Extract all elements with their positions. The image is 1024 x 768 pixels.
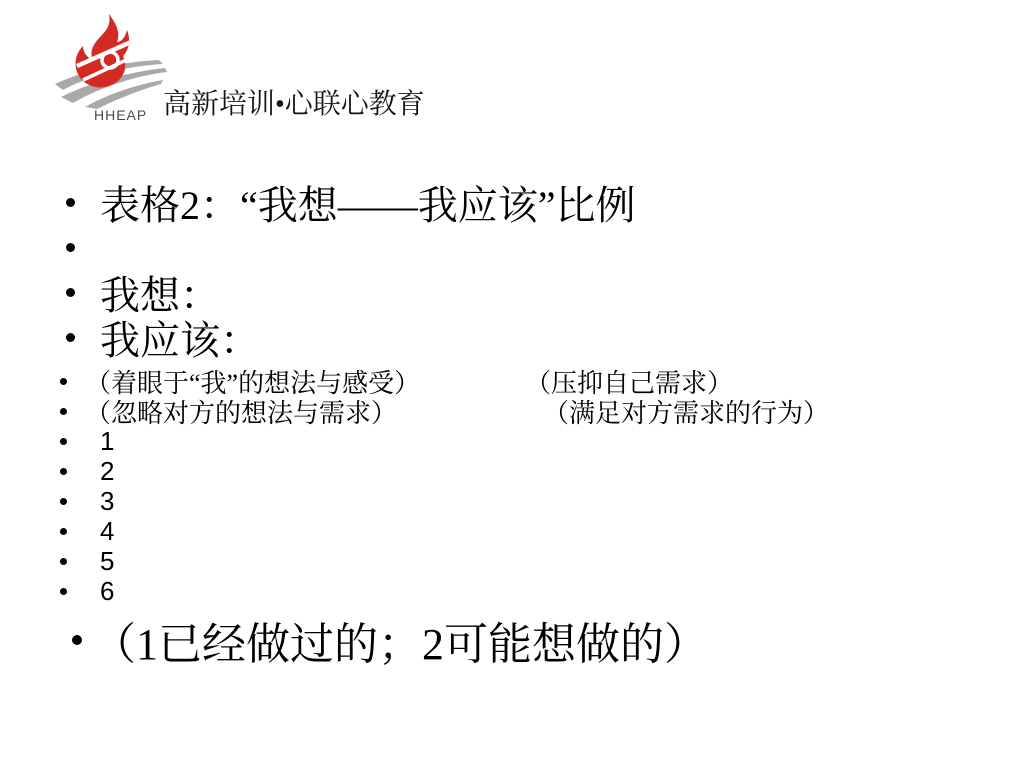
bullet-text: （忽略对方的想法与需求） （满足对方需求的行为） <box>85 393 1024 430</box>
bullet-icon <box>60 558 67 565</box>
bullet-item-footnote: （1已经做过的；2可能想做的） <box>0 614 1024 666</box>
bullet-icon <box>66 288 75 297</box>
bullet-icon <box>72 635 82 645</box>
bullet-icon <box>60 378 67 385</box>
bullet-item-ignore-other: （忽略对方的想法与需求） （满足对方需求的行为） <box>0 396 1024 426</box>
right-column-text: （满足对方需求的行为） <box>543 393 829 430</box>
bullet-item-number-6: 6 <box>0 576 1024 606</box>
bullet-text: 4 <box>85 516 114 547</box>
bullet-icon <box>60 438 67 445</box>
bullet-text: 表格2：“我想——我应该”比例 <box>100 174 636 231</box>
hheap-logo <box>55 14 167 110</box>
presentation-slide: HHEAP 高新培训•心联心教育 表格2：“我想——我应该”比例 我想： 我应该… <box>0 0 1024 768</box>
bullet-icon <box>60 588 67 595</box>
bullet-text: 6 <box>85 576 114 607</box>
bullet-item-number-2: 2 <box>0 456 1024 486</box>
bullet-icon <box>66 333 75 342</box>
bullet-item-table-title: 表格2：“我想——我应该”比例 <box>0 180 1024 225</box>
bullet-icon <box>66 198 75 207</box>
bullet-item-i-should: 我应该： <box>0 315 1024 360</box>
slide-body: 表格2：“我想——我应该”比例 我想： 我应该： （着眼于“我”的想法与感受） … <box>0 180 1024 666</box>
bullet-text: 3 <box>85 486 114 517</box>
bullet-text: 1 <box>85 426 114 457</box>
bullet-item-number-3: 3 <box>0 486 1024 516</box>
bullet-item-number-1: 1 <box>0 426 1024 456</box>
bullet-icon <box>60 528 67 535</box>
bullet-item-number-5: 5 <box>0 546 1024 576</box>
bullet-item-focus-self: （着眼于“我”的想法与感受） （压抑自己需求） <box>0 366 1024 396</box>
bullet-item-number-4: 4 <box>0 516 1024 546</box>
bullet-icon <box>60 498 67 505</box>
bullet-icon <box>66 243 75 252</box>
bullet-icon <box>60 468 67 475</box>
logo-caption: HHEAP <box>94 107 147 123</box>
bullet-text: 2 <box>85 456 114 487</box>
left-column-text: （忽略对方的想法与需求） <box>85 399 397 428</box>
bullet-text: 5 <box>85 546 114 577</box>
bullet-icon <box>60 408 67 415</box>
bullet-text: 我应该： <box>100 309 260 366</box>
bullet-text: （1已经做过的；2可能想做的） <box>92 608 708 672</box>
brand-title: 高新培训•心联心教育 <box>163 82 425 122</box>
